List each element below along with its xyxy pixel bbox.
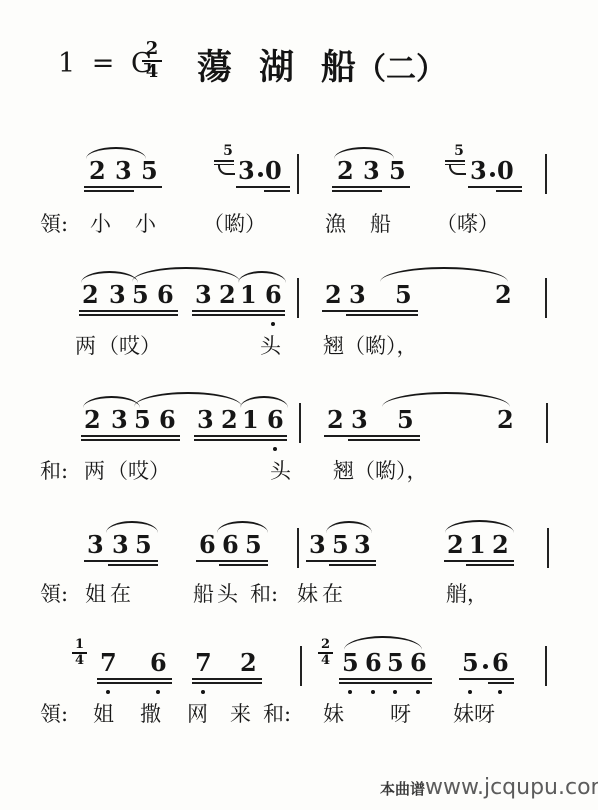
note-digit: 2: [221, 407, 237, 433]
augmentation-dot: [258, 172, 263, 177]
note-digit: 2: [219, 282, 235, 308]
beam-underline: [459, 678, 514, 680]
low-octave-dot: [273, 447, 277, 451]
note-digit: 5: [132, 282, 148, 308]
barline: [545, 154, 547, 194]
beam-underline: [79, 314, 178, 316]
lyric-syllable: 两: [84, 455, 105, 485]
note-digit: 5: [397, 407, 413, 433]
lyric-syllable: 妹: [323, 698, 344, 728]
slur-arc: [380, 267, 508, 282]
lyric-syllable: （喲）: [203, 208, 266, 238]
low-octave-dot: [106, 690, 110, 694]
beam-underline: [192, 314, 285, 316]
note-digit: 3: [112, 532, 128, 558]
barline: [297, 528, 299, 568]
note-digit: 3: [309, 532, 325, 558]
barline: [300, 646, 302, 686]
beam-underline: [192, 310, 285, 312]
barline: [297, 154, 299, 194]
note-digit: 2: [327, 407, 343, 433]
beam-underline: [81, 439, 180, 441]
low-octave-dot: [156, 690, 160, 694]
note-digit: 5: [134, 407, 150, 433]
note-digit: 6: [410, 650, 426, 676]
inline-time-signature: 24: [318, 638, 333, 668]
lyric-syllable: 小: [135, 208, 156, 238]
note-digit: 1: [469, 532, 485, 558]
lyric-syllable: 在: [322, 578, 343, 608]
time-signature-numerator: 2: [318, 638, 333, 652]
beam-underline: [108, 564, 158, 566]
grace-note-beam: [445, 160, 465, 162]
beam-underline: [306, 560, 376, 562]
lyric-syllable: 妹: [297, 578, 318, 608]
beam-underline: [192, 682, 262, 684]
barline: [546, 403, 548, 443]
barline: [299, 403, 301, 443]
low-octave-dot: [348, 690, 352, 694]
lyric-syllable: 和:: [250, 578, 278, 608]
note-digit: 3: [470, 158, 486, 184]
beam-underline: [84, 560, 158, 562]
beam-underline: [348, 439, 420, 441]
lyric-syllable: 船: [193, 578, 214, 608]
note-digit: 1: [242, 407, 258, 433]
barline: [297, 278, 299, 318]
note-digit: 7: [195, 650, 211, 676]
beam-underline: [329, 564, 376, 566]
note-digit: 2: [497, 407, 513, 433]
lyric-syllable: 呀: [390, 698, 411, 728]
time-signature-numerator: 1: [72, 638, 87, 652]
note-digit: 3: [87, 532, 103, 558]
grace-note-beam: [214, 160, 234, 162]
lyric-syllable: 艄，: [446, 578, 488, 608]
time-signature-denominator: 4: [72, 654, 87, 668]
note-digit: 3: [197, 407, 213, 433]
note-digit: 3: [195, 282, 211, 308]
beam-underline: [496, 190, 522, 192]
lyric-syllable: （嗏）: [436, 208, 499, 238]
note-digit: 2: [495, 282, 511, 308]
beam-underline: [196, 560, 268, 562]
lyric-syllable: 和:: [40, 455, 68, 485]
grace-note-digit: 5: [453, 144, 465, 158]
note-digit: 6: [365, 650, 381, 676]
beam-underline: [219, 564, 268, 566]
note-digit: 6: [199, 532, 215, 558]
low-octave-dot: [468, 690, 472, 694]
lyric-syllable: 头: [270, 455, 291, 485]
beam-underline: [332, 186, 410, 188]
low-octave-dot: [416, 690, 420, 694]
note-digit: 5: [141, 158, 157, 184]
inline-time-signature: 14: [72, 638, 87, 668]
watermark-url: www.jcqupu.com: [425, 775, 598, 800]
note-digit: 2: [84, 407, 100, 433]
note-digit: 5: [342, 650, 358, 676]
note-digit: 1: [240, 282, 256, 308]
lyric-syllable: 和:: [263, 698, 291, 728]
note-digit: 0: [265, 158, 281, 184]
note-digit: 5: [389, 158, 405, 184]
note-digit: 6: [157, 282, 173, 308]
note-digit: 5: [332, 532, 348, 558]
slur-arc: [382, 392, 510, 407]
note-digit: 3: [109, 282, 125, 308]
lyric-syllable: 姐: [93, 698, 114, 728]
note-digit: 2: [325, 282, 341, 308]
lyric-syllable: 領:: [40, 578, 68, 608]
note-digit: 3: [354, 532, 370, 558]
note-digit: 5: [462, 650, 478, 676]
lyric-syllable: 領:: [40, 698, 68, 728]
note-digit: 6: [159, 407, 175, 433]
beam-underline: [84, 190, 134, 192]
beam-underline: [84, 186, 162, 188]
lyric-syllable: 小: [90, 208, 111, 238]
beam-underline: [332, 190, 382, 192]
lyric-syllable: 头: [260, 330, 281, 360]
note-digit: 2: [82, 282, 98, 308]
note-digit: 7: [100, 650, 116, 676]
lyric-syllable: 来: [230, 698, 251, 728]
watermark-prefix: 本曲谱: [380, 780, 425, 798]
lyric-syllable: 网: [187, 698, 208, 728]
beam-underline: [236, 186, 290, 188]
note-digit: 3: [349, 282, 365, 308]
lyric-syllable: 翘（喲），: [323, 330, 418, 360]
note-digit: 2: [89, 158, 105, 184]
note-digit: 6: [222, 532, 238, 558]
note-digit: 3: [238, 158, 254, 184]
low-octave-dot: [201, 690, 205, 694]
note-digit: 5: [245, 532, 261, 558]
beam-underline: [81, 435, 180, 437]
lyric-syllable: 船: [370, 208, 391, 238]
lyric-syllable: 撒: [140, 698, 161, 728]
beam-underline: [264, 190, 290, 192]
lyric-syllable: 姐: [85, 578, 106, 608]
note-digit: 6: [150, 650, 166, 676]
note-digit: 3: [363, 158, 379, 184]
note-digit: 5: [135, 532, 151, 558]
beam-underline: [339, 682, 432, 684]
low-octave-dot: [271, 322, 275, 326]
title-time-signature: 2 4: [141, 40, 163, 82]
time-signature-numerator: 2: [141, 40, 163, 59]
lyric-syllable: 妹呀: [453, 698, 495, 728]
lyric-syllable: 两: [75, 330, 96, 360]
note-digit: 6: [265, 282, 281, 308]
note-digit: 5: [387, 650, 403, 676]
sheet-music-page: 1 = G 2 4 蕩湖船 （二） 235530235530領:小小（喲）漁船（…: [0, 0, 598, 810]
note-digit: 2: [492, 532, 508, 558]
low-octave-dot: [393, 690, 397, 694]
lyric-syllable: 头: [217, 578, 238, 608]
note-digit: 6: [492, 650, 508, 676]
note-digit: 2: [240, 650, 256, 676]
note-digit: 3: [111, 407, 127, 433]
beam-underline: [339, 678, 432, 680]
lyric-syllable: 在: [110, 578, 131, 608]
lyric-syllable: 領:: [40, 208, 68, 238]
barline: [545, 278, 547, 318]
augmentation-dot: [490, 172, 495, 177]
beam-underline: [97, 678, 172, 680]
lyric-syllable: （哎）: [107, 455, 170, 485]
low-octave-dot: [498, 690, 502, 694]
note-digit: 5: [395, 282, 411, 308]
beam-underline: [324, 435, 420, 437]
beam-underline: [79, 310, 178, 312]
low-octave-dot: [371, 690, 375, 694]
lyric-syllable: （哎）: [98, 330, 161, 360]
beam-underline: [97, 682, 172, 684]
lyric-syllable: 翘（喲），: [333, 455, 428, 485]
barline: [547, 528, 549, 568]
barline: [545, 646, 547, 686]
grace-note-slur: [449, 165, 466, 175]
beam-underline: [468, 186, 522, 188]
beam-underline: [466, 564, 514, 566]
note-digit: 6: [267, 407, 283, 433]
beam-underline: [346, 314, 418, 316]
note-digit: 2: [447, 532, 463, 558]
beam-underline: [322, 310, 418, 312]
beam-underline: [192, 678, 262, 680]
beam-underline: [488, 682, 514, 684]
song-title-suffix: （二）: [356, 44, 446, 88]
beam-underline: [194, 439, 287, 441]
grace-note-slur: [218, 165, 235, 175]
augmentation-dot: [483, 664, 488, 669]
grace-note-digit: 5: [222, 144, 234, 158]
note-digit: 3: [351, 407, 367, 433]
note-digit: 2: [337, 158, 353, 184]
time-signature-denominator: 4: [318, 654, 333, 668]
beam-underline: [194, 435, 287, 437]
lyric-syllable: 漁: [325, 208, 346, 238]
note-digit: 0: [497, 158, 513, 184]
note-digit: 3: [115, 158, 131, 184]
beam-underline: [444, 560, 514, 562]
time-signature-denominator: 4: [141, 63, 163, 82]
watermark: 本曲谱www.jcqupu.com: [380, 775, 598, 800]
